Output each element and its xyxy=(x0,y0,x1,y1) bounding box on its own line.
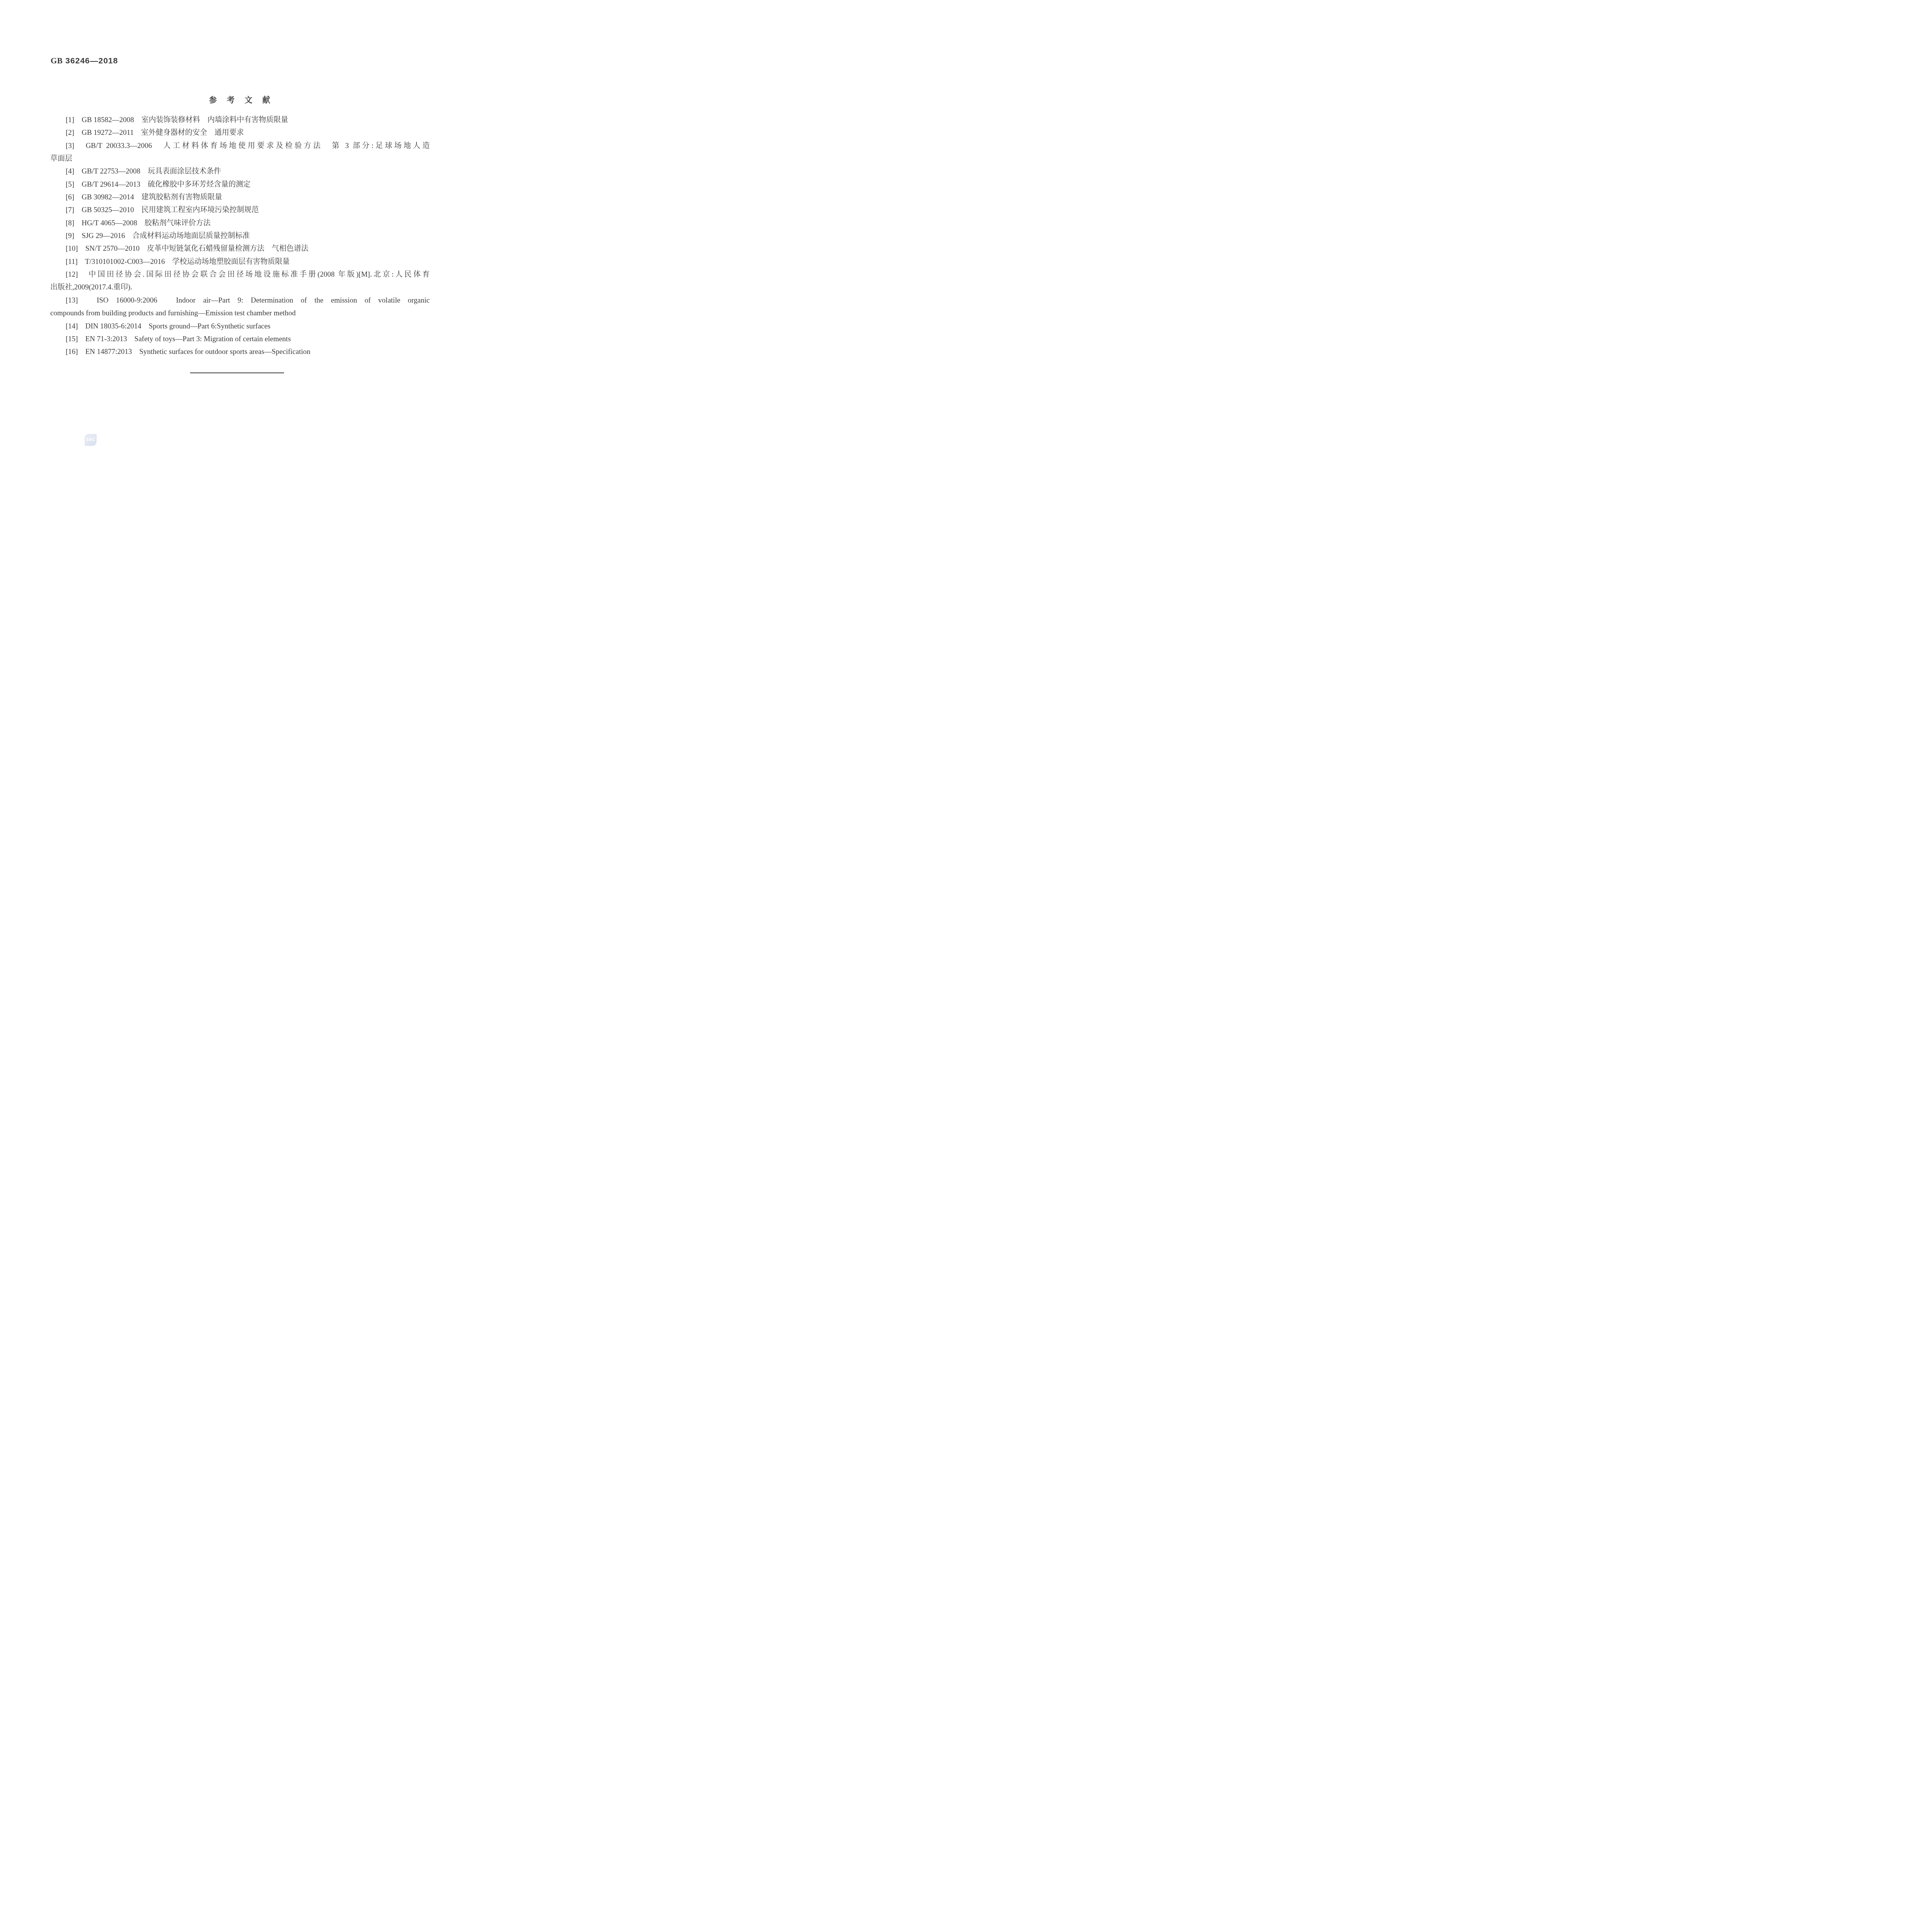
reference-line: [9] SJG 29—2016 合成材料运动场地面层质量控制标准 xyxy=(50,230,430,242)
reference-line: [10] SN/T 2570—2010 皮革中短链氯化石蜡残留量检测方法 气相色… xyxy=(50,242,430,255)
section-title: 参考文献 xyxy=(0,97,479,104)
sac-watermark-text: SAC xyxy=(86,438,95,442)
reference-line: [2] GB 19272—2011 室外健身器材的安全 通用要求 xyxy=(50,126,430,139)
sac-watermark-logo: SAC xyxy=(85,434,97,446)
reference-line: [3] GB/T 20033.3—2006 人工材料体育场地使用要求及检验方法 … xyxy=(50,139,430,152)
footer-divider-rule xyxy=(190,372,284,373)
reference-line: [14] DIN 18035-6:2014 Sports ground—Part… xyxy=(50,320,430,333)
reference-line: [7] GB 50325—2010 民用建筑工程室内环境污染控制规范 xyxy=(50,204,430,216)
standard-number: 36246—2018 xyxy=(65,56,118,65)
reference-line-continuation: compounds from building products and fur… xyxy=(50,307,430,320)
document-page: GB36246—2018 参考文献 [1] GB 18582—2008 室内装饰… xyxy=(0,0,479,678)
page-header-standard-number: GB36246—2018 xyxy=(51,56,118,65)
reference-line: [11] T/310101002-C003—2016 学校运动场地塑胶面层有害物… xyxy=(50,255,430,268)
reference-line-continuation: 草面层 xyxy=(50,152,430,165)
reference-line: [5] GB/T 29614—2013 硫化橡胶中多环芳烃含量的测定 xyxy=(50,178,430,191)
reference-line: [1] GB 18582—2008 室内装饰装修材料 内墙涂料中有害物质限量 xyxy=(50,114,430,126)
reference-line: [16] EN 14877:2013 Synthetic surfaces fo… xyxy=(50,345,430,358)
reference-line: [15] EN 71-3:2013 Safety of toys—Part 3:… xyxy=(50,333,430,345)
reference-line: [8] HG/T 4065—2008 胶粘剂气味评价方法 xyxy=(50,217,430,230)
reference-line: [12] 中国田径协会.国际田径协会联合会田径场地设施标准手册(2008 年版)… xyxy=(50,268,430,281)
standard-prefix: GB xyxy=(51,56,63,65)
reference-line: [13] ISO 16000-9:2006 Indoor air—Part 9:… xyxy=(50,294,430,307)
reference-line: [4] GB/T 22753—2008 玩具表面涂层技术条件 xyxy=(50,165,430,178)
reference-line-continuation: 出版社,2009(2017.4.重印). xyxy=(50,281,430,294)
references-list: [1] GB 18582—2008 室内装饰装修材料 内墙涂料中有害物质限量 [… xyxy=(50,114,430,359)
reference-line: [6] GB 30982—2014 建筑胶粘剂有害物质限量 xyxy=(50,191,430,204)
